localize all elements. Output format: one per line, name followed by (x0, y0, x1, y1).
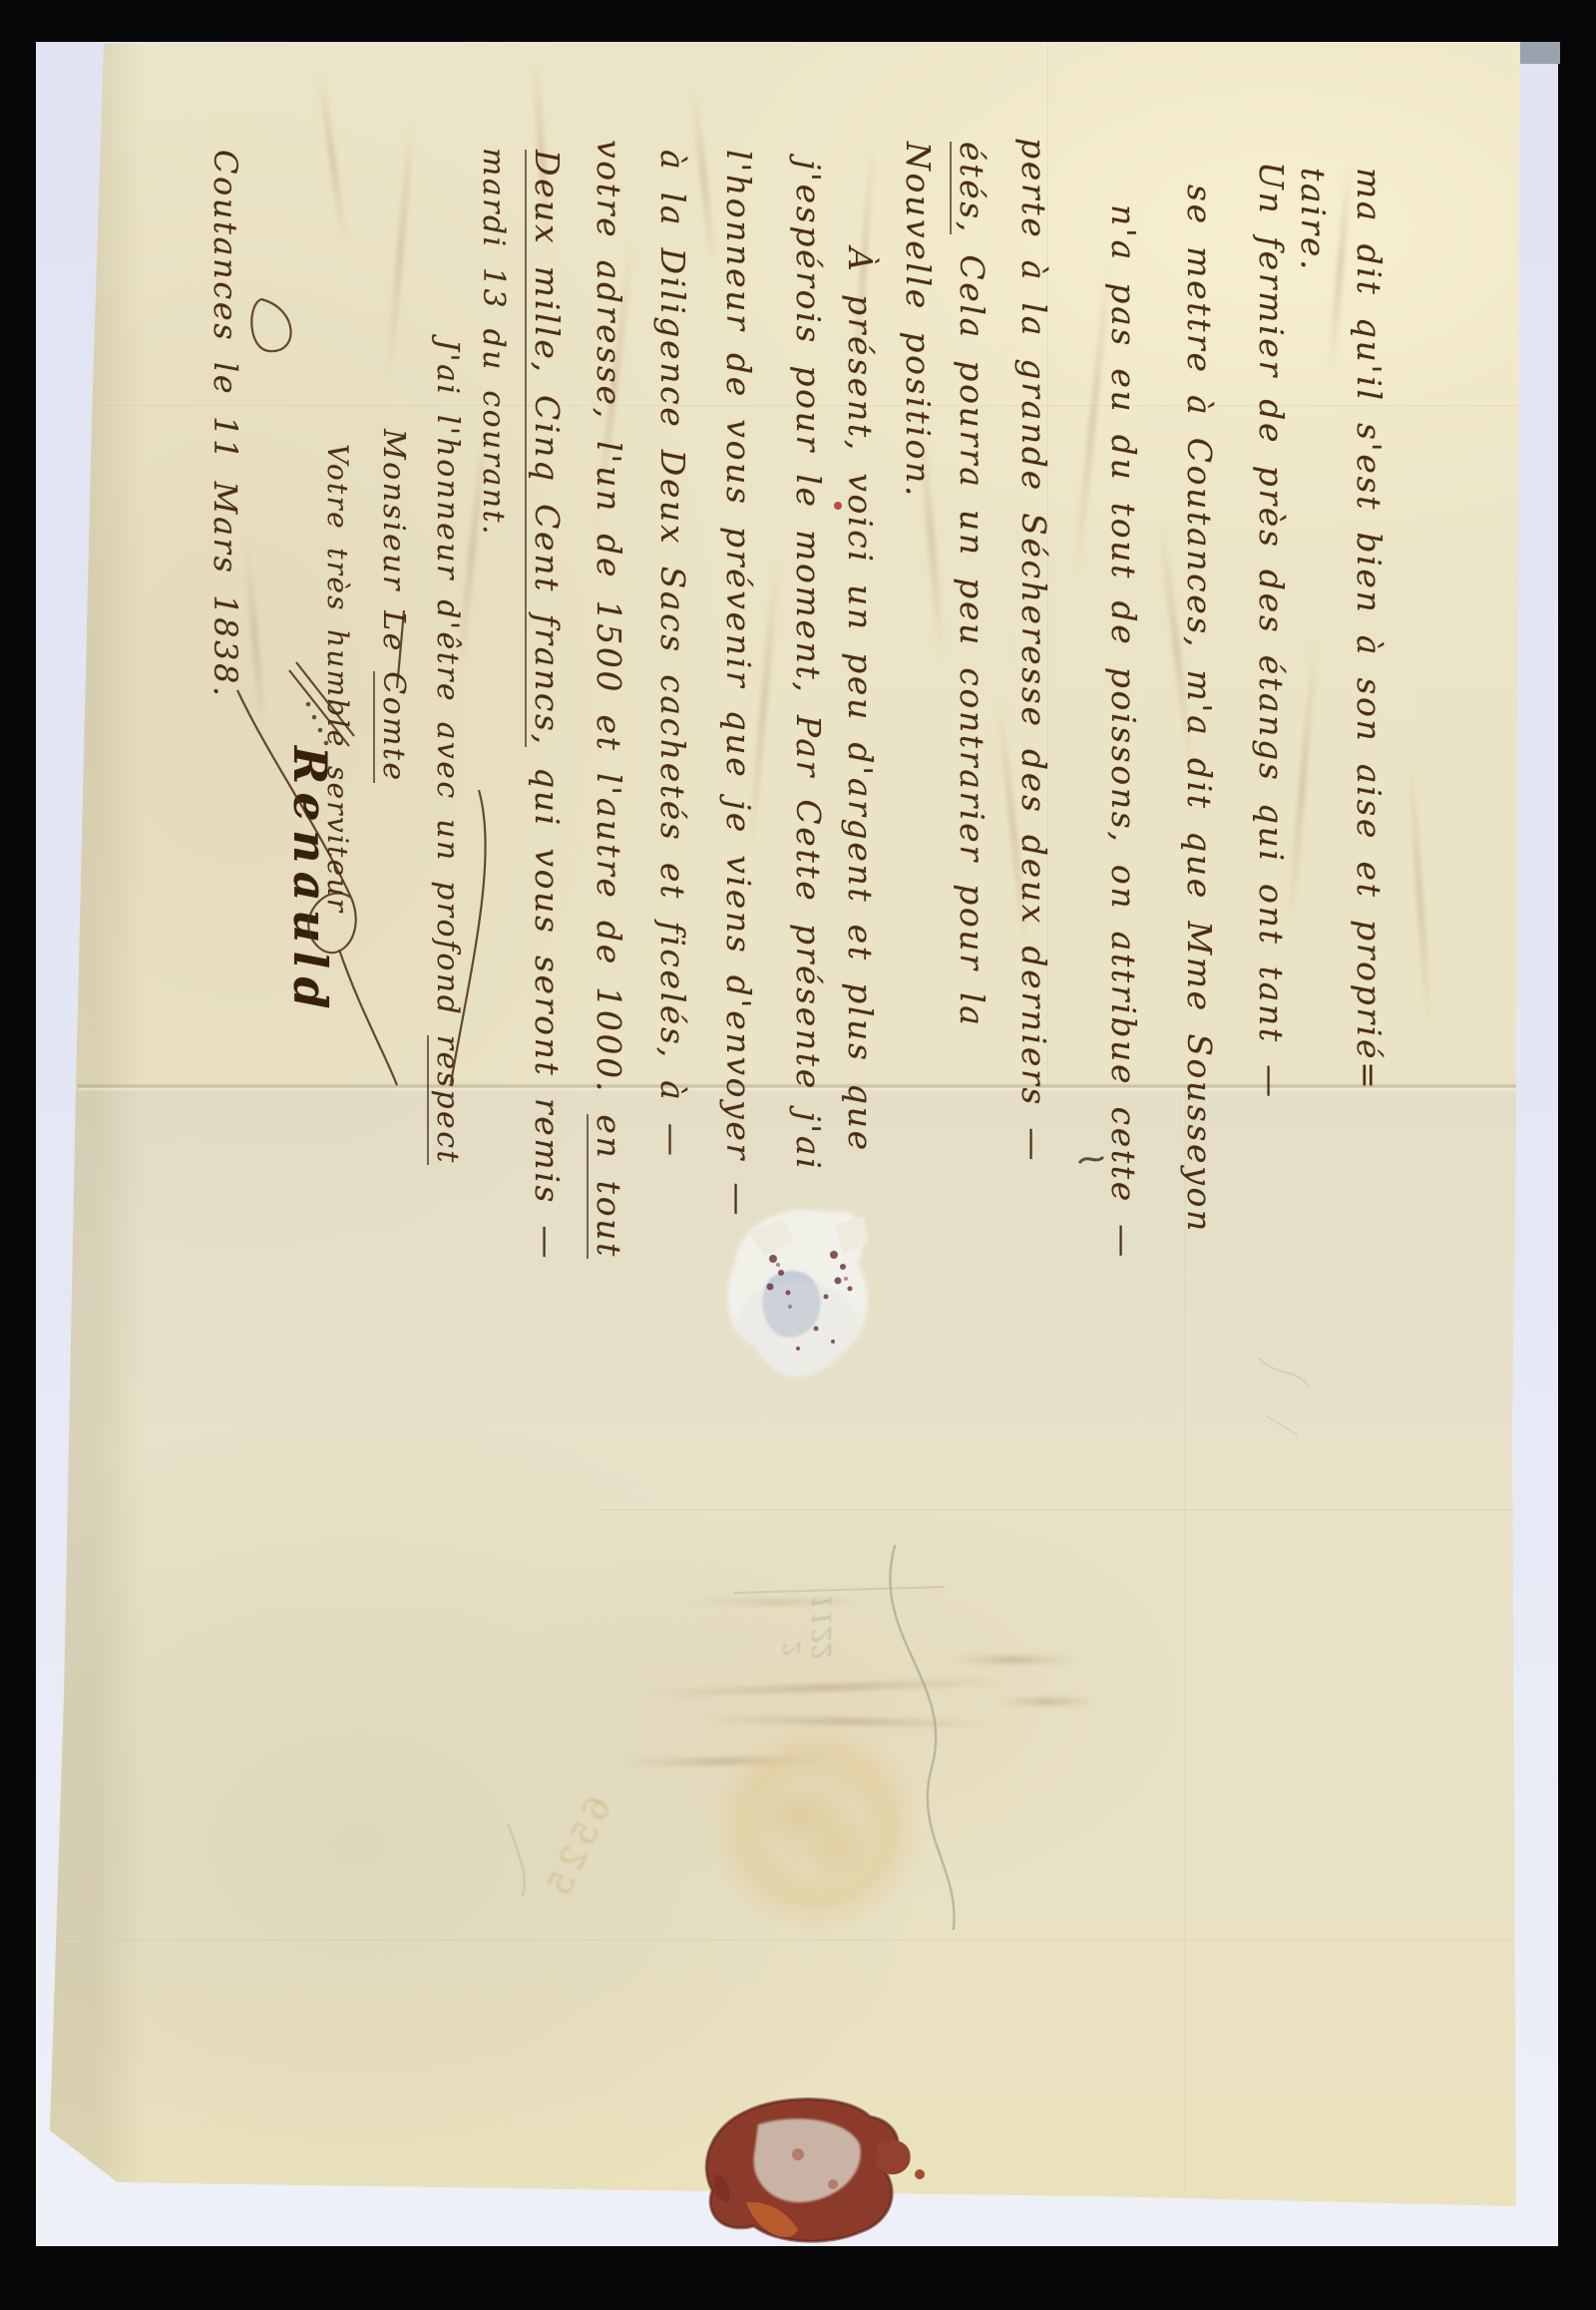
line-17: Monsieur Le Comte (367, 429, 419, 683)
line-15: mardi 13 du courant. (467, 148, 519, 497)
horizontal-crease-middle (598, 1509, 1516, 1512)
line-8: Nouvelle position. (892, 142, 944, 561)
line-5: n'a pas eu du tout de poissons, on attri… (1097, 204, 1149, 1082)
line-4: se mettre à Coutances, m'a dit que Mme S… (1173, 185, 1225, 1077)
line-11: l'honneur de vous prévenir que je viens … (712, 150, 764, 1082)
line-10: j'espérois pour le moment, Par Cette pré… (782, 160, 834, 1087)
postmark-stamp (706, 1718, 928, 1937)
line-6: perte à la grande Sécheresse des deux de… (1007, 138, 1059, 1080)
signature: Renauld (275, 746, 345, 975)
line-18: Votre très humble serviteur (311, 444, 363, 773)
tan-ink-bleed-mark: 6525 (537, 1790, 619, 1907)
letter-sheet: ma dit qu'il s'est bien à son aise et pr… (0, 0, 1596, 2310)
line-14: Deux mille, Cinq Cent francs, qui vous s… (521, 150, 573, 1082)
backing-gray-patch (1520, 42, 1560, 64)
line-13: votre adresse, l'un de 1500 et l'autre d… (583, 140, 634, 1082)
line-3: Un fermier de près des étangs qui ont ta… (1245, 162, 1297, 1074)
line-12: à la Diligence Deux Sacs cachetés et fic… (646, 150, 698, 1077)
pencil-number-bleed-2: 2 (780, 1642, 806, 1657)
date-line: Coutances le 11 Mars 1838. (199, 150, 251, 613)
horizontal-crease-lower (62, 1939, 1514, 1942)
line-1: ma dit qu'il s'est bien à son aise et pr… (1343, 168, 1395, 1085)
line-16: J'ai l'honneur d'être avec un profond re… (421, 339, 473, 1082)
vertical-fold-crease-lower (1183, 1091, 1186, 2196)
line-9: À présent, voici un peu d'argent et plus… (834, 247, 886, 1090)
line-7: étés, Cela pourra un peu contrarier pour… (946, 142, 997, 1044)
pencil-number-bleed: 1122 (808, 1594, 838, 1660)
